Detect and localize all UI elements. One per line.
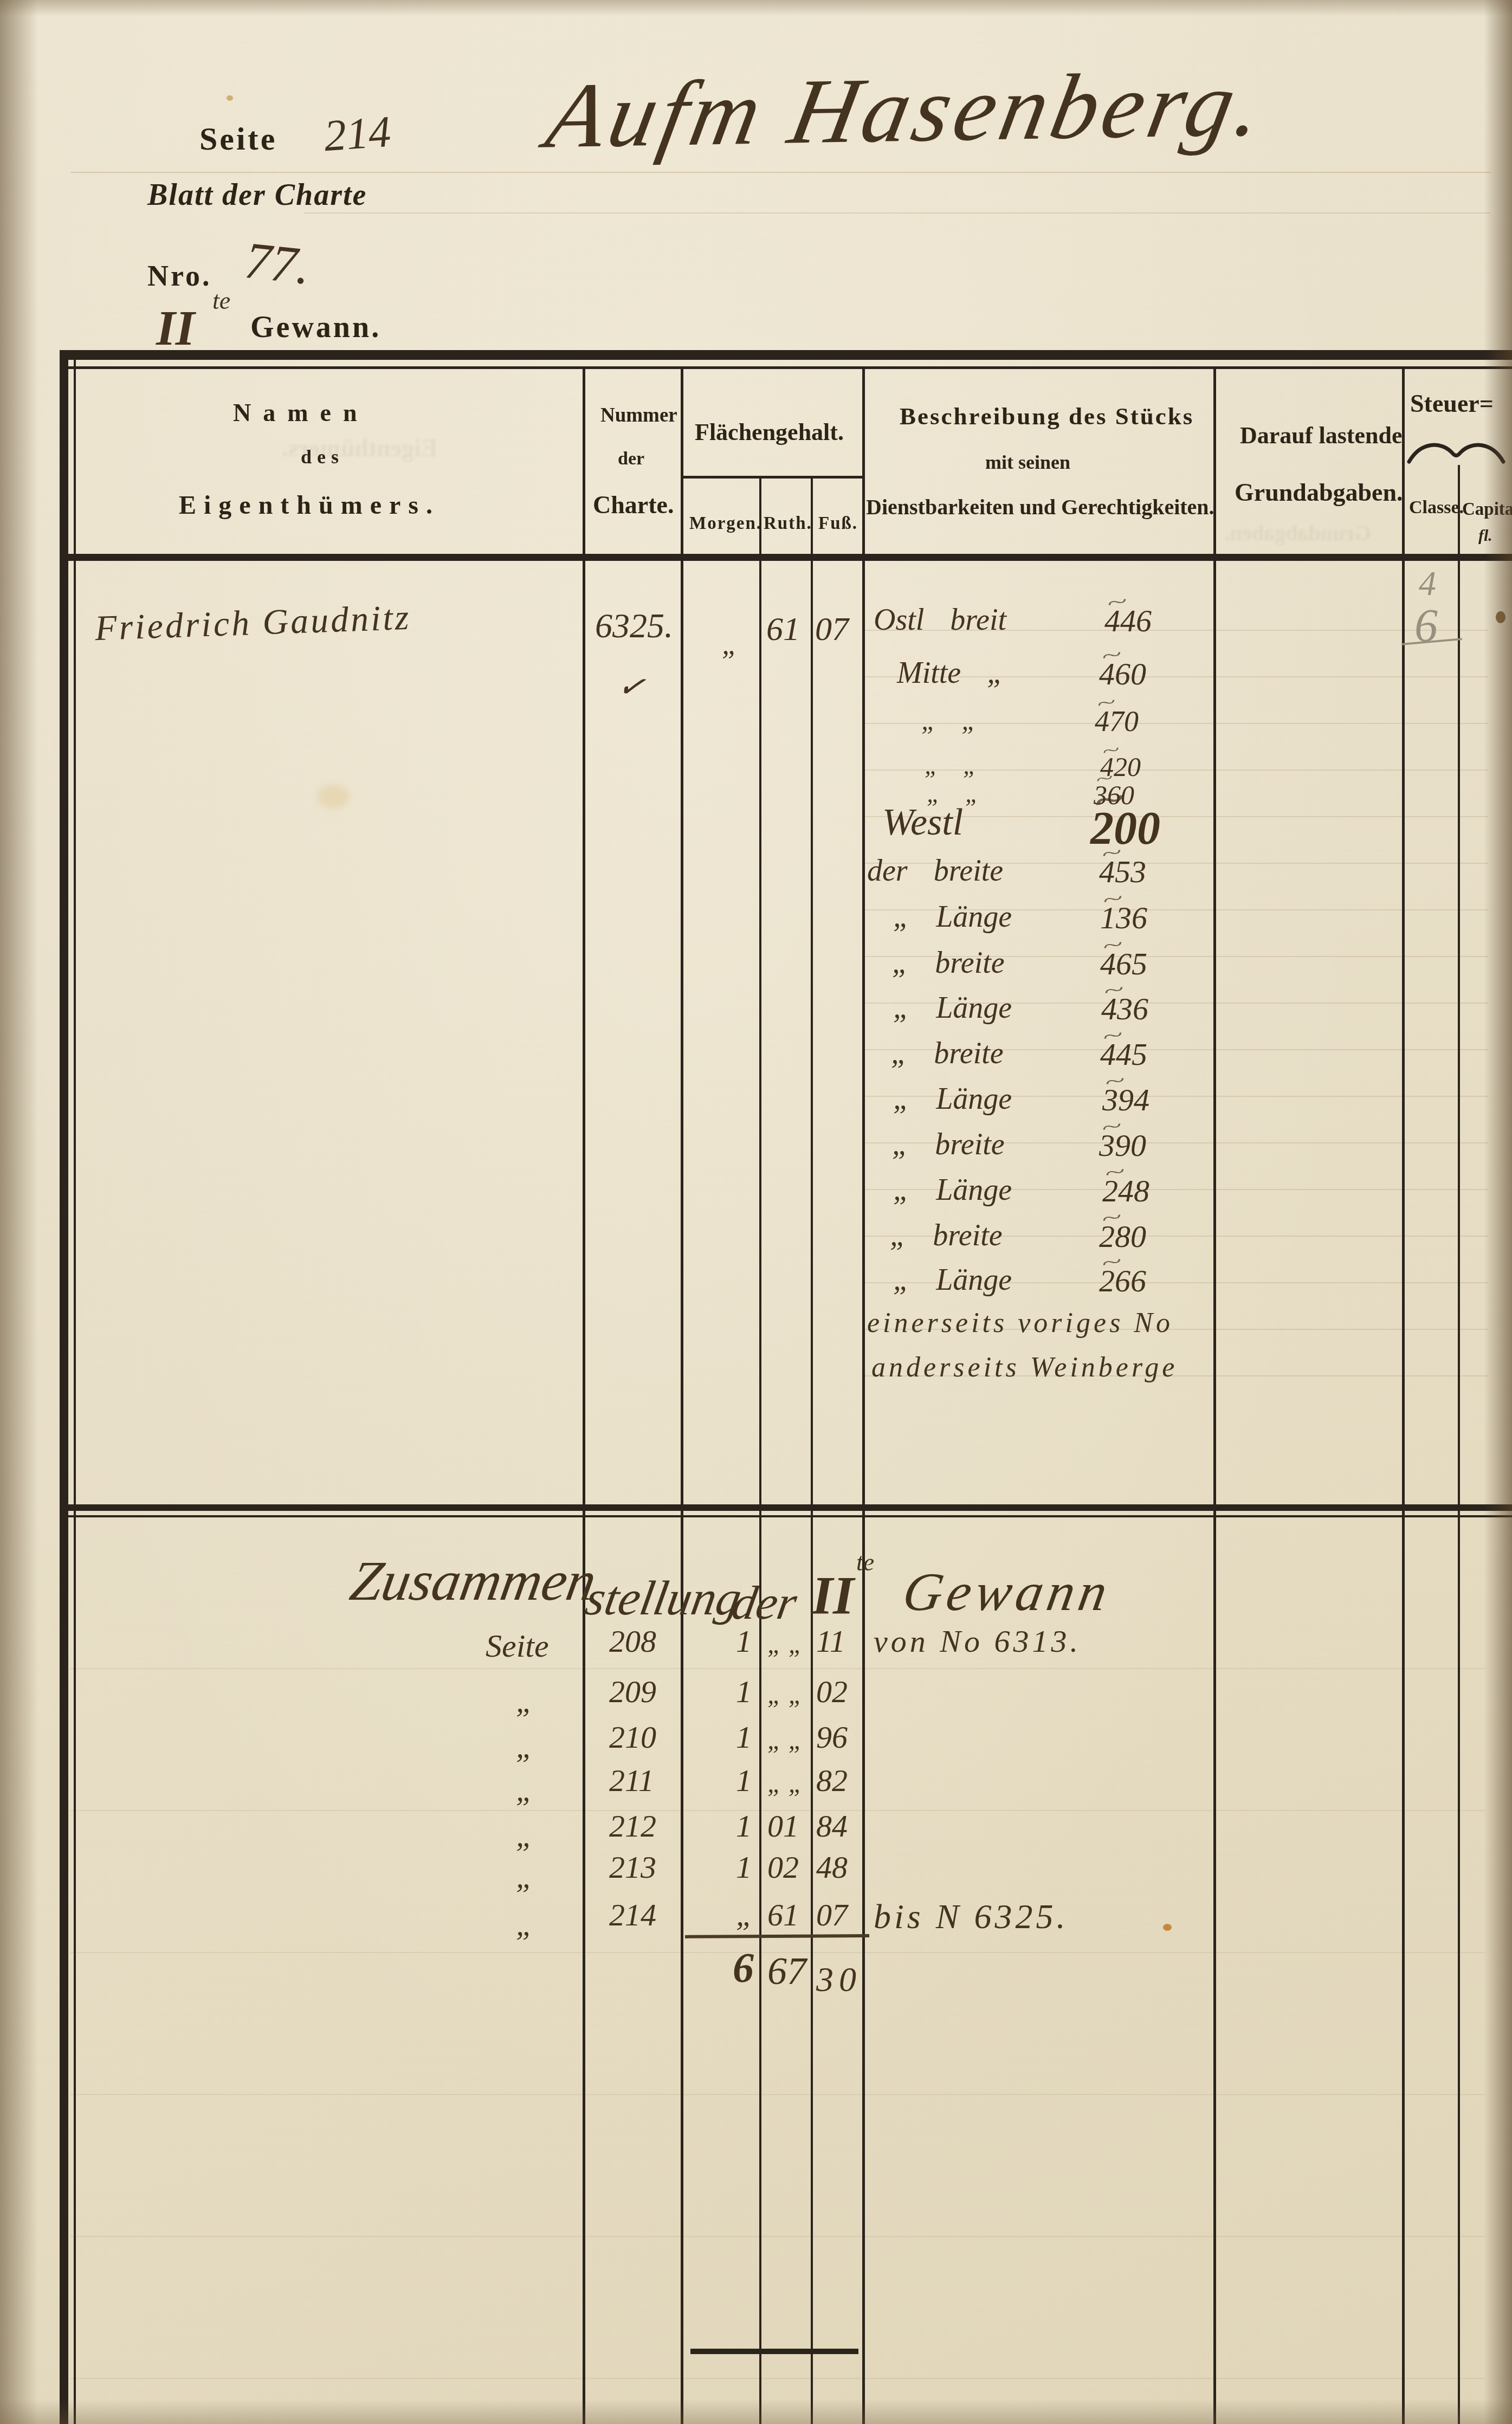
column-line-classe-capital (1458, 465, 1460, 2424)
summary-total-rule (685, 1934, 869, 1938)
summary-fuss: 96 (816, 1719, 848, 1755)
table-left-border (60, 350, 68, 2424)
description-label: „ Länge (893, 1173, 1012, 1207)
table-left-border-inner (74, 358, 76, 2424)
seite-label: Seite (199, 120, 277, 158)
summary-note: von No 6313. (874, 1623, 1081, 1659)
summary-fuss: 48 (816, 1849, 848, 1885)
summary-page-number: 211 (609, 1762, 654, 1799)
header-classe: Classe. (1409, 497, 1464, 518)
description-value: 248 (1102, 1173, 1149, 1209)
paper-stain (1496, 611, 1505, 623)
column-line-flaeche-beschreibung (862, 366, 865, 2424)
summary-ruth: „ „ (767, 1630, 803, 1659)
section-divider-thin (60, 1515, 1512, 1517)
summary-note: bis N 6325. (874, 1897, 1068, 1937)
classe-pencil-top: 4 (1419, 564, 1436, 604)
summary-morgen: „ (736, 1897, 753, 1933)
summary-fuss: 84 (816, 1808, 848, 1844)
blatt-der-charte-label: Blatt der Charte (147, 178, 367, 212)
paper-stain (317, 785, 350, 809)
summary-morgen: 1 (736, 1849, 752, 1885)
header-grundabgaben-line1: Darauf lastende (1240, 422, 1402, 449)
gewann-numeral: II (156, 299, 195, 357)
summary-row-label: „ (516, 1772, 533, 1808)
description-value: 453 (1099, 854, 1146, 890)
summary-ruth: 01 (767, 1808, 799, 1844)
gewann-label: Gewann. (250, 310, 381, 345)
description-label: „ breite (892, 946, 1005, 980)
summary-row-label: „ (516, 1859, 533, 1895)
description-value: 470 (1095, 704, 1139, 738)
description-label: „ „ (921, 704, 977, 736)
column-line-ruth-fuss (811, 476, 813, 2424)
ledger-page: Seite 214 Blatt der Charte Nro. 77. II t… (0, 0, 1512, 2424)
entry-ruth: 61 (766, 610, 800, 649)
summary-row-label: „ (516, 1729, 533, 1765)
description-note: einerseits voriges No (867, 1307, 1173, 1339)
summary-page-number: 208 (609, 1623, 656, 1659)
owner-name: Friedrich Gaudnitz (94, 597, 412, 649)
description-note: anderseits Weinberge (871, 1352, 1178, 1384)
entry-charte-number: 6325. (595, 606, 673, 646)
summary-row-label: Seite (486, 1627, 549, 1665)
summary-total-fuss: 30 (816, 1960, 862, 2000)
nro-value: 77. (242, 230, 313, 296)
entry-morgen: „ (722, 628, 738, 661)
header-beschreibung-line1: Beschreibung des Stücks (900, 402, 1194, 430)
description-label: Ostl breit (874, 603, 1006, 637)
summary-morgen: 1 (736, 1719, 752, 1755)
summary-morgen: 1 (736, 1623, 752, 1659)
section-divider-thick (60, 1504, 1512, 1511)
description-value: 460 (1099, 656, 1146, 692)
header-capital: Capital. (1462, 500, 1512, 520)
guide-line (70, 172, 1490, 173)
summary-morgen: 1 (736, 1808, 752, 1844)
paper-stain (227, 95, 233, 101)
summary-heading-zusammen: Zusammen (346, 1549, 602, 1613)
header-namen-line1: Namen (233, 398, 369, 427)
summary-row-label: „ (516, 1906, 533, 1943)
steuer-brace (1406, 438, 1507, 466)
description-value: 465 (1100, 946, 1147, 982)
column-line-namen-nummer (583, 366, 585, 2424)
description-label: „ „ (925, 751, 977, 780)
description-label: Mitte „ (897, 656, 1004, 690)
header-ruth: Ruth. (764, 514, 812, 534)
header-nummer-line2: der (618, 449, 644, 469)
description-label: „ Länge (893, 1263, 1012, 1297)
description-value: 445 (1100, 1036, 1147, 1072)
summary-morgen: 1 (736, 1673, 752, 1710)
summary-total-morgen: 6 (733, 1943, 754, 1992)
summary-page-number: 214 (609, 1897, 656, 1933)
column-line-nummer-flaeche (681, 366, 683, 2424)
gewann-superscript: te (212, 286, 230, 315)
summary-fuss: 11 (816, 1623, 845, 1659)
header-bottom-rule (60, 554, 1512, 561)
entry-fuss: 07 (815, 610, 849, 649)
summary-page-number: 210 (609, 1719, 656, 1755)
description-value: 394 (1102, 1082, 1149, 1118)
header-flaechengehalt: Flächengehalt. (695, 418, 844, 446)
page-edge-shadow-left (0, 0, 38, 2424)
table-top-border-inner (60, 366, 1512, 369)
summary-total-ruth: 67 (767, 1949, 806, 1994)
header-nummer-line1: Nummer (600, 404, 677, 427)
summary-ruth: 61 (767, 1897, 799, 1933)
summary-row-label: „ (516, 1683, 533, 1720)
header-morgen: Morgen. (689, 514, 762, 534)
summary-fuss: 02 (816, 1673, 848, 1710)
description-value: 390 (1099, 1127, 1146, 1163)
summary-page-number: 213 (609, 1849, 656, 1885)
description-label: „ Länge (893, 991, 1012, 1025)
showthrough-text: Grundabgaben. (1225, 520, 1371, 546)
summary-heading-der: der (728, 1576, 801, 1631)
column-line-beschreibung-grundabgaben (1213, 366, 1216, 2424)
summary-heading-numeral: II (812, 1564, 854, 1626)
header-nummer-line3: Charte. (593, 490, 674, 519)
summary-fuss: 82 (816, 1762, 848, 1799)
header-beschreibung-line3: Dienstbarkeiten und Gerechtigkeiten. (866, 494, 1214, 520)
summary-heading-sup: te (856, 1548, 874, 1576)
description-label: „ Länge (893, 1082, 1012, 1116)
description-value: 266 (1099, 1263, 1146, 1299)
showthrough-text: Eigenthümers. (282, 434, 438, 462)
description-label: Westl (882, 801, 963, 844)
description-value: 446 (1104, 603, 1152, 639)
summary-ruth: „ „ (767, 1680, 803, 1710)
summary-row-label: „ (516, 1818, 533, 1854)
header-beschreibung-line2: mit seinen (985, 451, 1070, 474)
header-capital-unit: fl. (1478, 527, 1492, 545)
header-fuss: Fuß. (818, 514, 858, 534)
summary-page-number: 212 (609, 1808, 656, 1844)
column-line-morgen-ruth (759, 476, 761, 2424)
description-label: „ breite (892, 1127, 1005, 1162)
seite-value: 214 (322, 106, 392, 161)
description-value: 436 (1101, 991, 1148, 1027)
page-edge-shadow-bottom (0, 2399, 1512, 2424)
description-label: „ Länge (893, 900, 1012, 934)
summary-page-number: 209 (609, 1673, 656, 1710)
guide-line (303, 212, 1490, 214)
summary-ruth: „ „ (767, 1725, 803, 1755)
page-title: Aufm Hasenberg. (538, 51, 1276, 170)
classe-pencil-bottom: 6 (1414, 598, 1438, 652)
description-value: 136 (1100, 900, 1147, 936)
summary-fuss: 07 (816, 1897, 848, 1933)
column-line-grundabgaben-steuer (1402, 366, 1405, 2424)
summary-ruth: „ „ (767, 1769, 803, 1799)
summary-morgen: 1 (736, 1762, 752, 1799)
header-namen-line3: Eigenthümers. (179, 490, 440, 520)
page-edge-shadow-right (1484, 0, 1512, 2424)
description-label: „ breite (891, 1036, 1004, 1071)
page-edge-shadow-top (0, 0, 1512, 16)
description-label: „ breite (890, 1218, 1003, 1253)
summary-ruth: 02 (767, 1849, 799, 1885)
entry-checkmark: ✓ (615, 665, 648, 708)
header-grundabgaben-line2: Grundabgaben. (1235, 478, 1403, 507)
table-top-border (60, 350, 1512, 360)
bottom-partial-rule (690, 2349, 858, 2354)
summary-heading-stellung: stellung (581, 1570, 746, 1626)
nro-label: Nro. (147, 259, 212, 293)
summary-heading-gewann: Gewann (899, 1561, 1116, 1623)
description-value: 280 (1099, 1218, 1146, 1255)
flaechengehalt-subheader-rule (681, 476, 862, 479)
header-steuer: Steuer= (1410, 389, 1494, 418)
description-label: der breite (867, 854, 1003, 888)
paper-stain (1163, 1924, 1172, 1931)
